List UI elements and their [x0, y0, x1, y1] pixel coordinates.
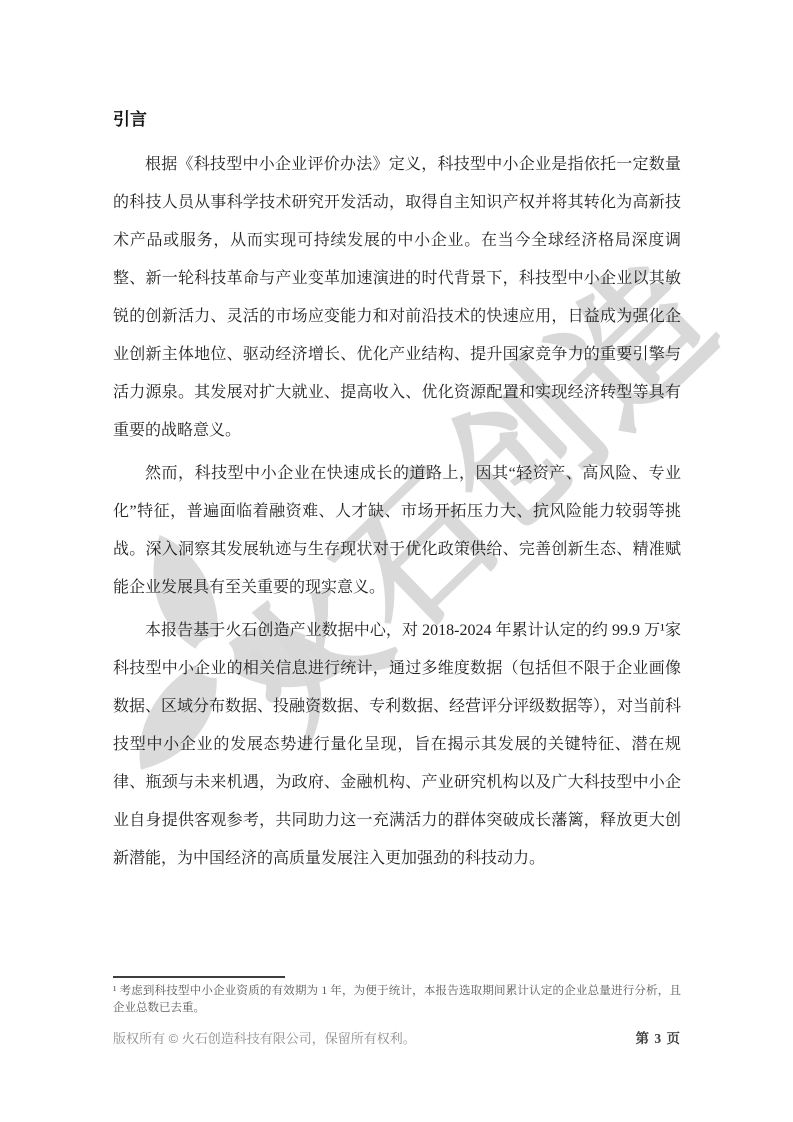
- page-number: 第 3 页: [636, 1027, 682, 1047]
- document-page: 火石创造 引言 根据《科技型中小企业评价办法》定义，科技型中小企业是指依托一定数…: [0, 0, 793, 1122]
- page-footer: 版权所有 © 火石创造科技有限公司，保留所有权利。 第 3 页: [113, 1027, 681, 1047]
- section-title: 引言: [113, 108, 681, 132]
- footnote-divider: [113, 976, 285, 978]
- footnote-text: ¹ 考虑到科技型中小企业资质的有效期为 1 年，为便于统计，本报告选取期间累计认…: [113, 983, 681, 1017]
- paragraph-3: 本报告基于火石创造产业数据中心，对 2018-2024 年累计认定的约 99.9…: [113, 612, 681, 878]
- document-body: 引言 根据《科技型中小企业评价办法》定义，科技型中小企业是指依托一定数量的科技人…: [113, 0, 681, 878]
- paragraph-2: 然而，科技型中小企业在快速成长的道路上，因其“轻资产、高风险、专业化”特征，普遍…: [113, 455, 681, 607]
- copyright-text: 版权所有 © 火石创造科技有限公司，保留所有权利。: [113, 1028, 416, 1047]
- paragraph-1: 根据《科技型中小企业评价办法》定义，科技型中小企业是指依托一定数量的科技人员从事…: [113, 146, 681, 450]
